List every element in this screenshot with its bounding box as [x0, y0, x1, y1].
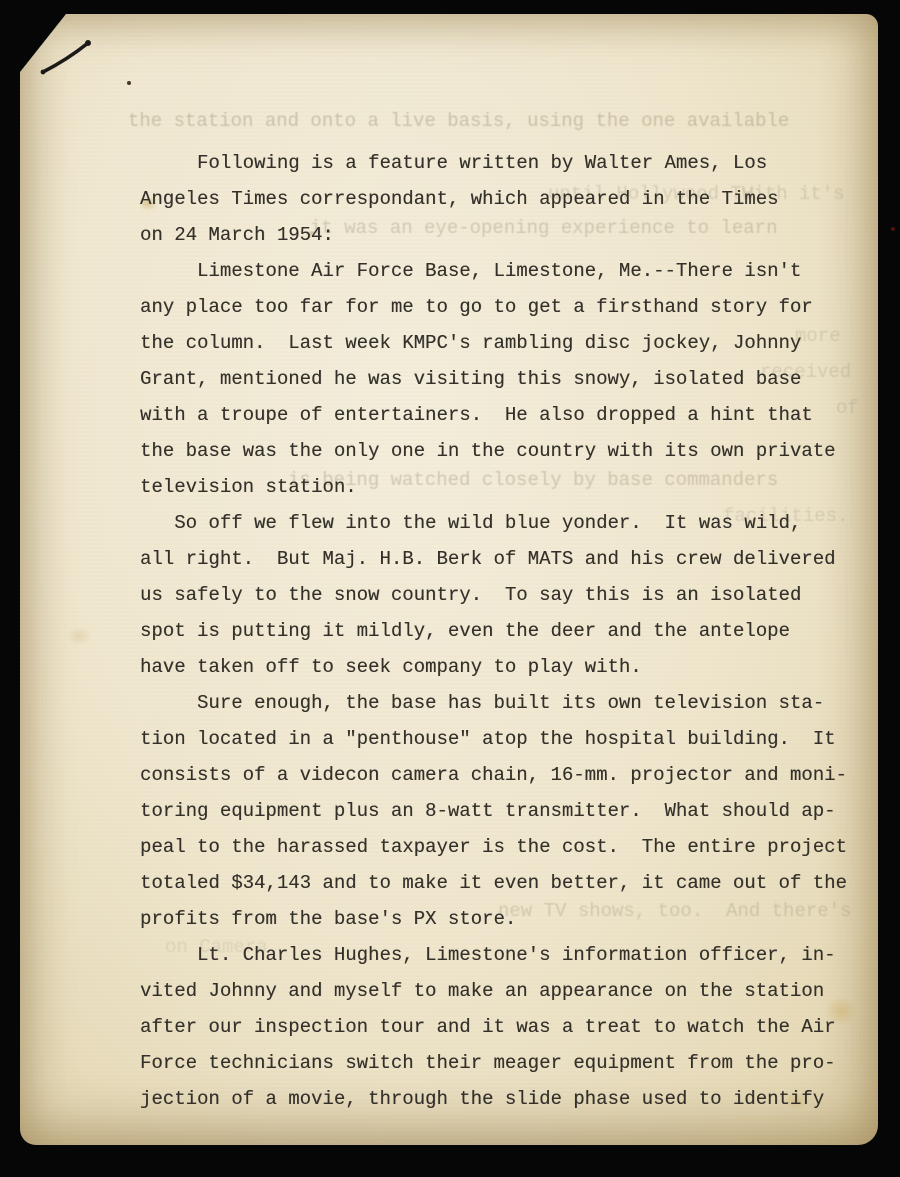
typed-line: tion located in a "penthouse" atop the h… — [140, 721, 847, 757]
typed-line: after our inspection tour and it was a t… — [140, 1009, 847, 1045]
typed-line: vited Johnny and myself to make an appea… — [140, 973, 847, 1009]
typed-line: profits from the base's PX store. — [140, 901, 847, 937]
typed-line: peal to the harassed taxpayer is the cos… — [140, 829, 847, 865]
typed-line: Lt. Charles Hughes, Limestone's informat… — [140, 937, 847, 973]
typed-line: Force technicians switch their meager eq… — [140, 1045, 847, 1081]
scanned-photo-background: the station and onto a live basis, using… — [0, 0, 900, 1177]
red-speck — [891, 227, 895, 231]
typed-line: Limestone Air Force Base, Limestone, Me.… — [140, 253, 847, 289]
typed-line: totaled $34,143 and to make it even bett… — [140, 865, 847, 901]
typed-line: all right. But Maj. H.B. Berk of MATS an… — [140, 541, 847, 577]
typed-line: spot is putting it mildly, even the deer… — [140, 613, 847, 649]
typed-line: toring equipment plus an 8-watt transmit… — [140, 793, 847, 829]
typed-line: the column. Last week KMPC's rambling di… — [140, 325, 847, 361]
typed-line: have taken off to seek company to play w… — [140, 649, 847, 685]
typed-line: with a troupe of entertainers. He also d… — [140, 397, 847, 433]
typed-line: So off we flew into the wild blue yonder… — [140, 505, 847, 541]
typed-line: Grant, mentioned he was visiting this sn… — [140, 361, 847, 397]
typed-line: Angeles Times correspondant, which appea… — [140, 181, 847, 217]
typed-line: jection of a movie, through the slide ph… — [140, 1081, 847, 1117]
typed-line: us safely to the snow country. To say th… — [140, 577, 847, 613]
typed-line: the base was the only one in the country… — [140, 433, 847, 469]
typed-line: television station. — [140, 469, 847, 505]
typed-line: on 24 March 1954: — [140, 217, 847, 253]
typed-line: Following is a feature written by Walter… — [140, 145, 847, 181]
typed-line: any place too far for me to go to get a … — [140, 289, 847, 325]
typed-text: Following is a feature written by Walter… — [140, 145, 847, 1117]
typed-line: consists of a videcon camera chain, 16-m… — [140, 757, 847, 793]
ink-dot — [127, 81, 131, 85]
typed-line: Sure enough, the base has built its own … — [140, 685, 847, 721]
